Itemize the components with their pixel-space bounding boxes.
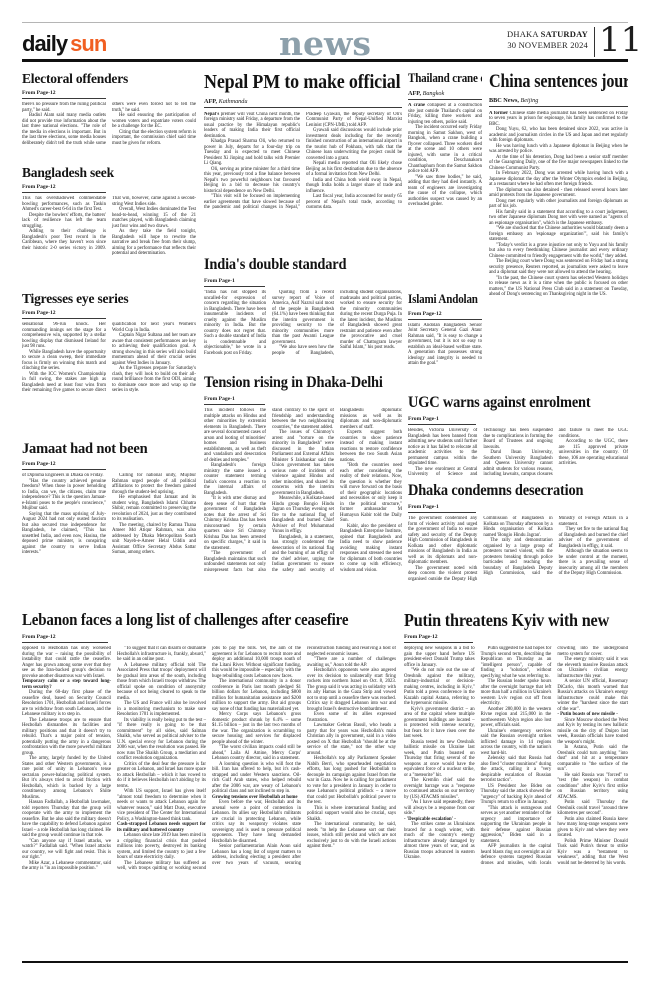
- byline-source: AFP,: [204, 98, 217, 105]
- article-body: The government condemned any form of vio…: [408, 516, 628, 608]
- jump-kicker: From Page-12: [408, 310, 482, 320]
- article-jamaat: Jamaat had not been From Page-12 of Dipl…: [22, 441, 196, 609]
- article-body: of Diploma Engineers in Dhaka on Friday.…: [22, 473, 196, 605]
- article-body: there's no pressure from the ruling poli…: [22, 102, 196, 163]
- jump-kicker: From Page-12: [22, 183, 106, 193]
- article-body: A former Chinese state media journalist …: [489, 111, 628, 337]
- date-full: 30 NOVEMBER 2024: [507, 40, 588, 50]
- date-block: DHAKA SATURDAY 30 NOVEMBER 2024: [460, 29, 588, 51]
- headline-ugc-warns: UGC warns against enrolment: [408, 394, 606, 412]
- headline-india-double-standard: India's double standard: [204, 256, 382, 274]
- jump-kicker: From Page-1: [204, 277, 265, 287]
- article-lebanon-ceasefire-challenges: Lebanon faces a long list of challenges …: [22, 610, 396, 960]
- article-putin-threatens-kyiv: Putin threatens Kyiv with new From Page-…: [404, 610, 628, 960]
- headline-nepal-pm: Nepal PM to make official visit to China: [204, 71, 382, 94]
- headline-putin-kyiv: Putin threatens Kyiv with new: [404, 610, 606, 630]
- headline-dhaka-condemns: Dhaka condemns desecration: [408, 482, 606, 500]
- article-body: Besides, Victoria University of Banglade…: [408, 428, 628, 481]
- article-body: opposed to Hezbollah has only worsened d…: [22, 646, 396, 950]
- jump-kicker: From Page-1: [408, 415, 476, 425]
- article-body: This has overshadowed commendable bowlin…: [22, 196, 196, 285]
- article-electoral-offenders: Electoral offenders From Page-12 there's…: [22, 71, 196, 163]
- article-islami-andolan: Islami Andolan From Page-12 Islami Andol…: [408, 292, 482, 392]
- date-city: DHAKA: [507, 29, 541, 39]
- article-body: deploying new weapons in a bid to gain t…: [404, 646, 628, 950]
- article-tension-dhaka-delhi: Tension rising in Dhaka-Delhi From Page-…: [204, 374, 402, 609]
- headline-islami-andolan: Islami Andolan: [408, 292, 471, 307]
- jump-kicker: From Page-12: [22, 633, 108, 643]
- headline-china-journalist: China sentences journalist to jail on sp…: [489, 71, 607, 93]
- headline-tension-dhaka-delhi: Tension rising in Dhaka-Delhi: [204, 374, 382, 392]
- byline: AFP, Kathmandu: [204, 97, 402, 108]
- byline-source: AFP,: [408, 90, 421, 97]
- byline: AFP, Bangkok: [408, 89, 482, 100]
- jump-kicker: From Page-12: [404, 633, 473, 643]
- byline: BBC News, Beijing: [489, 96, 628, 107]
- pagenum-divider: [594, 27, 595, 57]
- article-tigresses-eye-series: Tigresses eye series From Page-12 sensat…: [22, 291, 196, 439]
- jump-kicker: From Page-12: [22, 460, 106, 470]
- article-ugc-warns-enrolment: UGC warns against enrolment From Page-1 …: [408, 394, 628, 481]
- article-indias-double-standard: India's double standard From Page-1 "Ind…: [204, 256, 402, 372]
- headline-lebanon-ceasefire: Lebanon faces a long list of challenges …: [22, 610, 351, 630]
- jump-kicker: From Page-12: [22, 309, 106, 319]
- byline-location: Bangkok: [423, 90, 445, 97]
- masthead-rule: [22, 59, 628, 62]
- article-nepal-pm-china-visit: Nepal PM to make official visit to China…: [204, 71, 402, 255]
- article-body: This incident follows the multiple attac…: [204, 408, 402, 608]
- article-bangladesh-seek: Bangladesh seek From Page-12 This has ov…: [22, 165, 196, 289]
- article-china-journalist-jailed: China sentences journalist to jail on sp…: [489, 71, 628, 392]
- article-body: sensational 96-run knock. Her commanding…: [22, 322, 196, 435]
- date-day: SATURDAY: [541, 29, 588, 39]
- newspaper-page: dailysun news DHAKA SATURDAY 30 NOVEMBER…: [0, 0, 650, 984]
- byline-source: BBC News,: [489, 97, 519, 104]
- page-bottom-rule: [22, 961, 628, 963]
- article-dhaka-condemns-desecration: Dhaka condemns desecration From Page-1 T…: [408, 482, 628, 608]
- headline-electoral-offenders: Electoral offenders: [22, 71, 196, 86]
- article-body: Islami Andolan Bangladesh Senior Joint S…: [408, 323, 482, 389]
- page-number: 11: [599, 20, 642, 60]
- article-thailand-crane-collapse: Thailand crane collapse kills three, inj…: [408, 71, 482, 291]
- top-hairline: [22, 22, 628, 23]
- jump-kicker: From Page-12: [22, 89, 106, 99]
- byline-location: Beijing: [520, 97, 538, 104]
- jump-kicker: From Page-1: [408, 503, 476, 513]
- byline-location: Kathmandu: [219, 98, 248, 105]
- article-body: A crane collapsed at a construction site…: [408, 103, 482, 241]
- headline-jamaat: Jamaat had not been: [22, 441, 196, 457]
- article-body: "India has not stopped its uncalled-for …: [204, 290, 402, 372]
- headline-bangladesh-seek: Bangladesh seek: [22, 165, 196, 180]
- jump-kicker: From Page-1: [204, 395, 265, 405]
- headline-thailand-crane: Thailand crane collapse kills three, inj…: [408, 71, 471, 86]
- article-body: Nepal's premier will visit China next mo…: [204, 112, 402, 218]
- headline-tigresses: Tigresses eye series: [22, 291, 196, 306]
